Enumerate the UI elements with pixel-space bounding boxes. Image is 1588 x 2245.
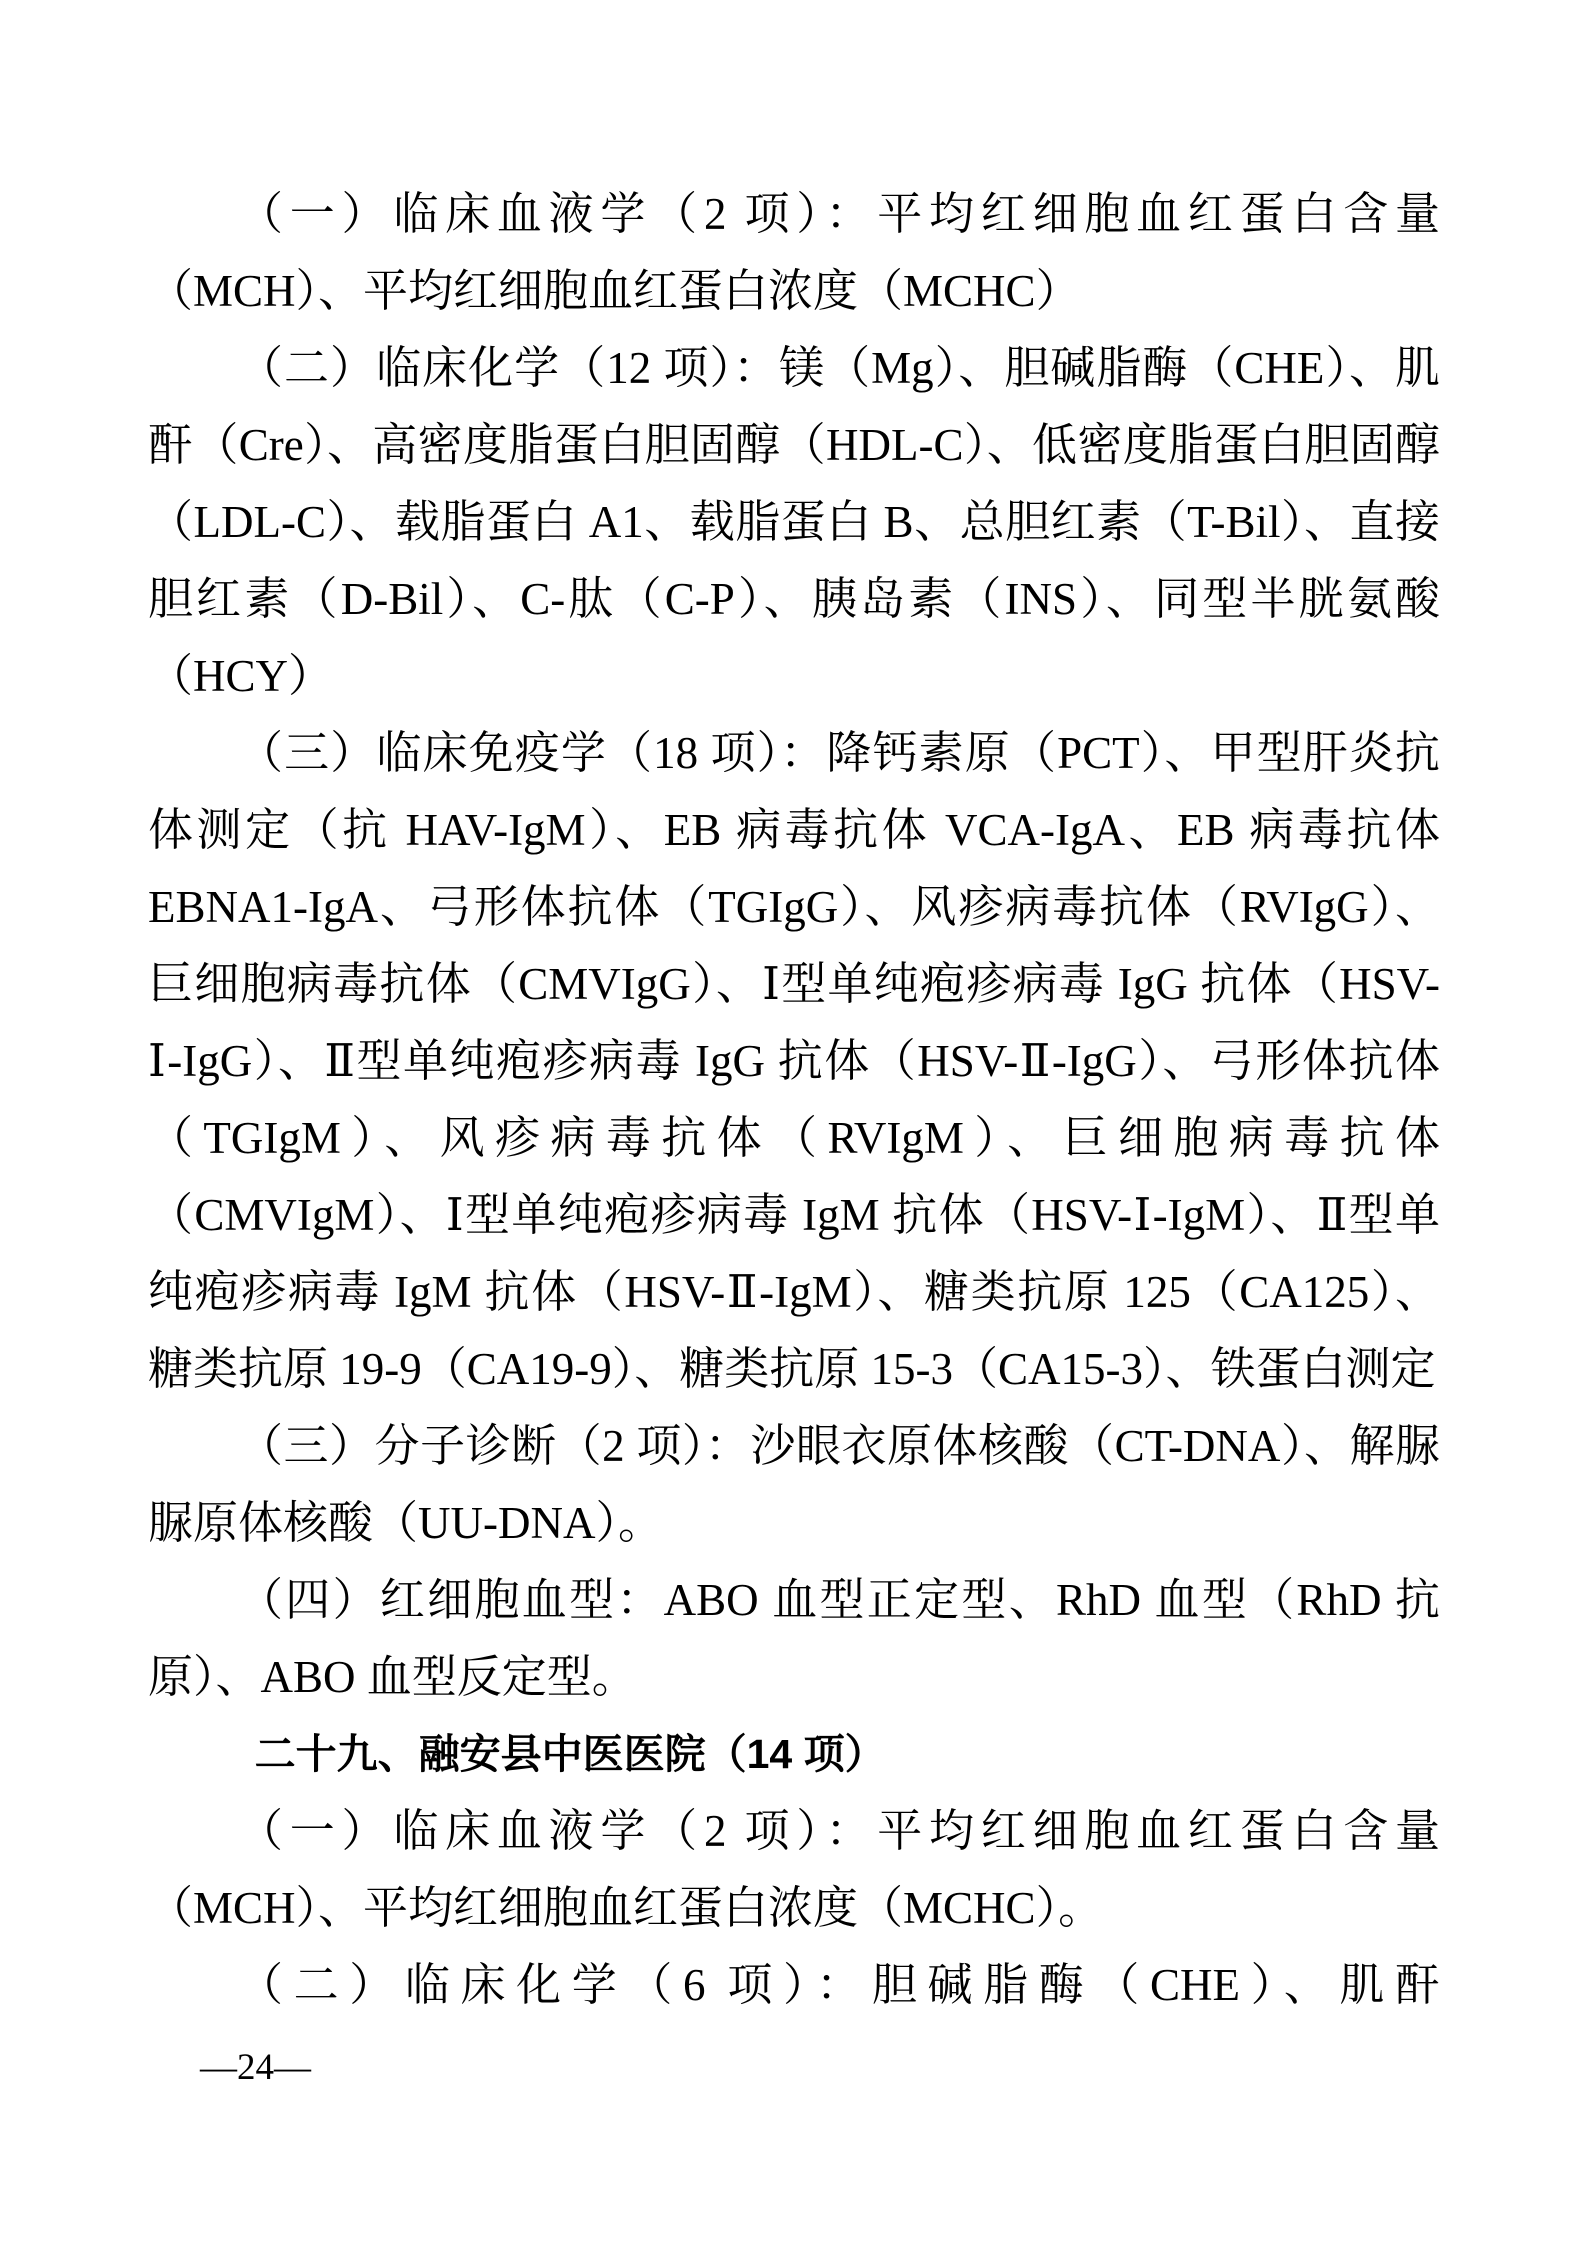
page-body: （一）临床血液学（2 项）：平均红细胞血红蛋白含量（MCH）、平均红细胞血红蛋白… [148,176,1440,2024]
paragraph-chemistry-6items: （二）临床化学（6 项）：胆碱脂酶（CHE）、肌酐 [148,1947,1440,2024]
paragraph-hematology-2items: （一）临床血液学（2 项）：平均红细胞血红蛋白含量（MCH）、平均红细胞血红蛋白… [148,176,1440,330]
section-heading-rongan-tcm-hospital: 二十九、融安县中医医院（14 项） [148,1716,1440,1793]
paragraph-hematology-2items-second: （一）临床血液学（2 项）：平均红细胞血红蛋白含量（MCH）、平均红细胞血红蛋白… [148,1793,1440,1947]
document-page: { "page": { "background_color": "#ffffff… [0,0,1588,2245]
paragraph-molecular-diagnosis-2items: （三）分子诊断（2 项）：沙眼衣原体核酸（CT-DNA）、解脲脲原体核酸（UU-… [148,1408,1440,1562]
page-number: —24— [200,2046,311,2090]
paragraph-rbc-blood-group: （四）红细胞血型：ABO 血型正定型、RhD 血型（RhD 抗原）、ABO 血型… [148,1562,1440,1716]
paragraph-immunology-18items: （三）临床免疫学（18 项）：降钙素原（PCT）、甲型肝炎抗体测定（抗 HAV-… [148,715,1440,1408]
paragraph-chemistry-12items: （二）临床化学（12 项）：镁（Mg）、胆碱脂酶（CHE）、肌酐（Cre）、高密… [148,330,1440,715]
